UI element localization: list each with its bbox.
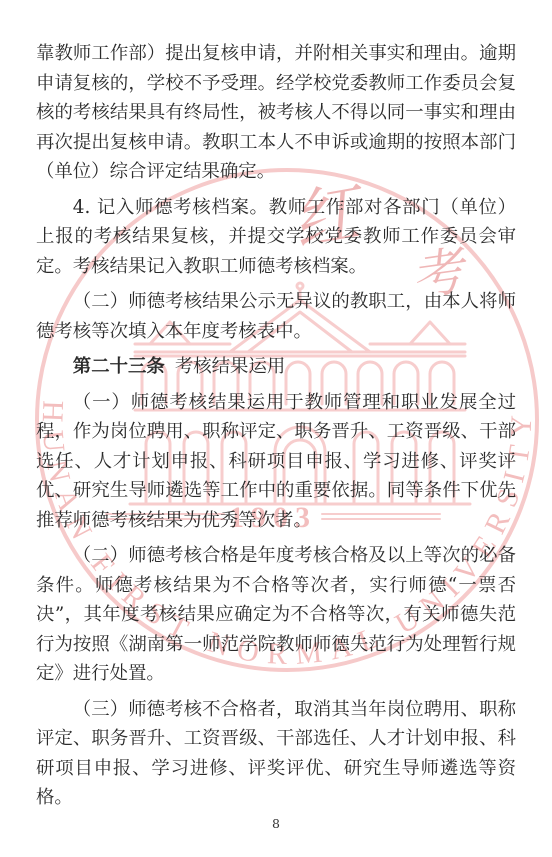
paragraph-result-publicity: （二）师德考核结果公示无异议的教职工，由本人将师德考核等次填入本年度考核表中。 [36, 287, 516, 346]
paragraph-item4-archive: 4. 记入师德考核档案。教师工作部对各部门（单位）上报的考核结果复核，并提交学校… [36, 193, 516, 282]
article-number: 第二十三条 [73, 356, 165, 377]
article-title: 考核结果运用 [175, 356, 285, 377]
paragraph-review-appeal: 靠教师工作部）提出复核申请，并附相关事实和理由。逾期申请复核的，学校不予受理。经… [36, 39, 516, 187]
page-number: 8 [0, 816, 552, 831]
document-page: HUNAN FIRST NORMAL UNIVERSITY [0, 0, 552, 857]
paragraph-one-vote-veto: （二）师德考核合格是年度考核合格及以上等次的必备条件。师德考核结果为不合格等次者… [36, 541, 516, 689]
document-body: 靠教师工作部）提出复核申请，并附相关事实和理由。逾期申请复核的，学校不予受理。经… [36, 39, 516, 813]
paragraph-result-usage: （一）师德考核结果运用于教师管理和职业发展全过程，作为岗位聘用、职称评定、职务晋… [36, 388, 516, 536]
paragraph-disqualification: （三）师德考核不合格者，取消其当年岗位聘用、职称评定、职务晋升、工资晋级、干部选… [36, 695, 516, 813]
article-23-heading: 第二十三条考核结果运用 [36, 352, 516, 382]
